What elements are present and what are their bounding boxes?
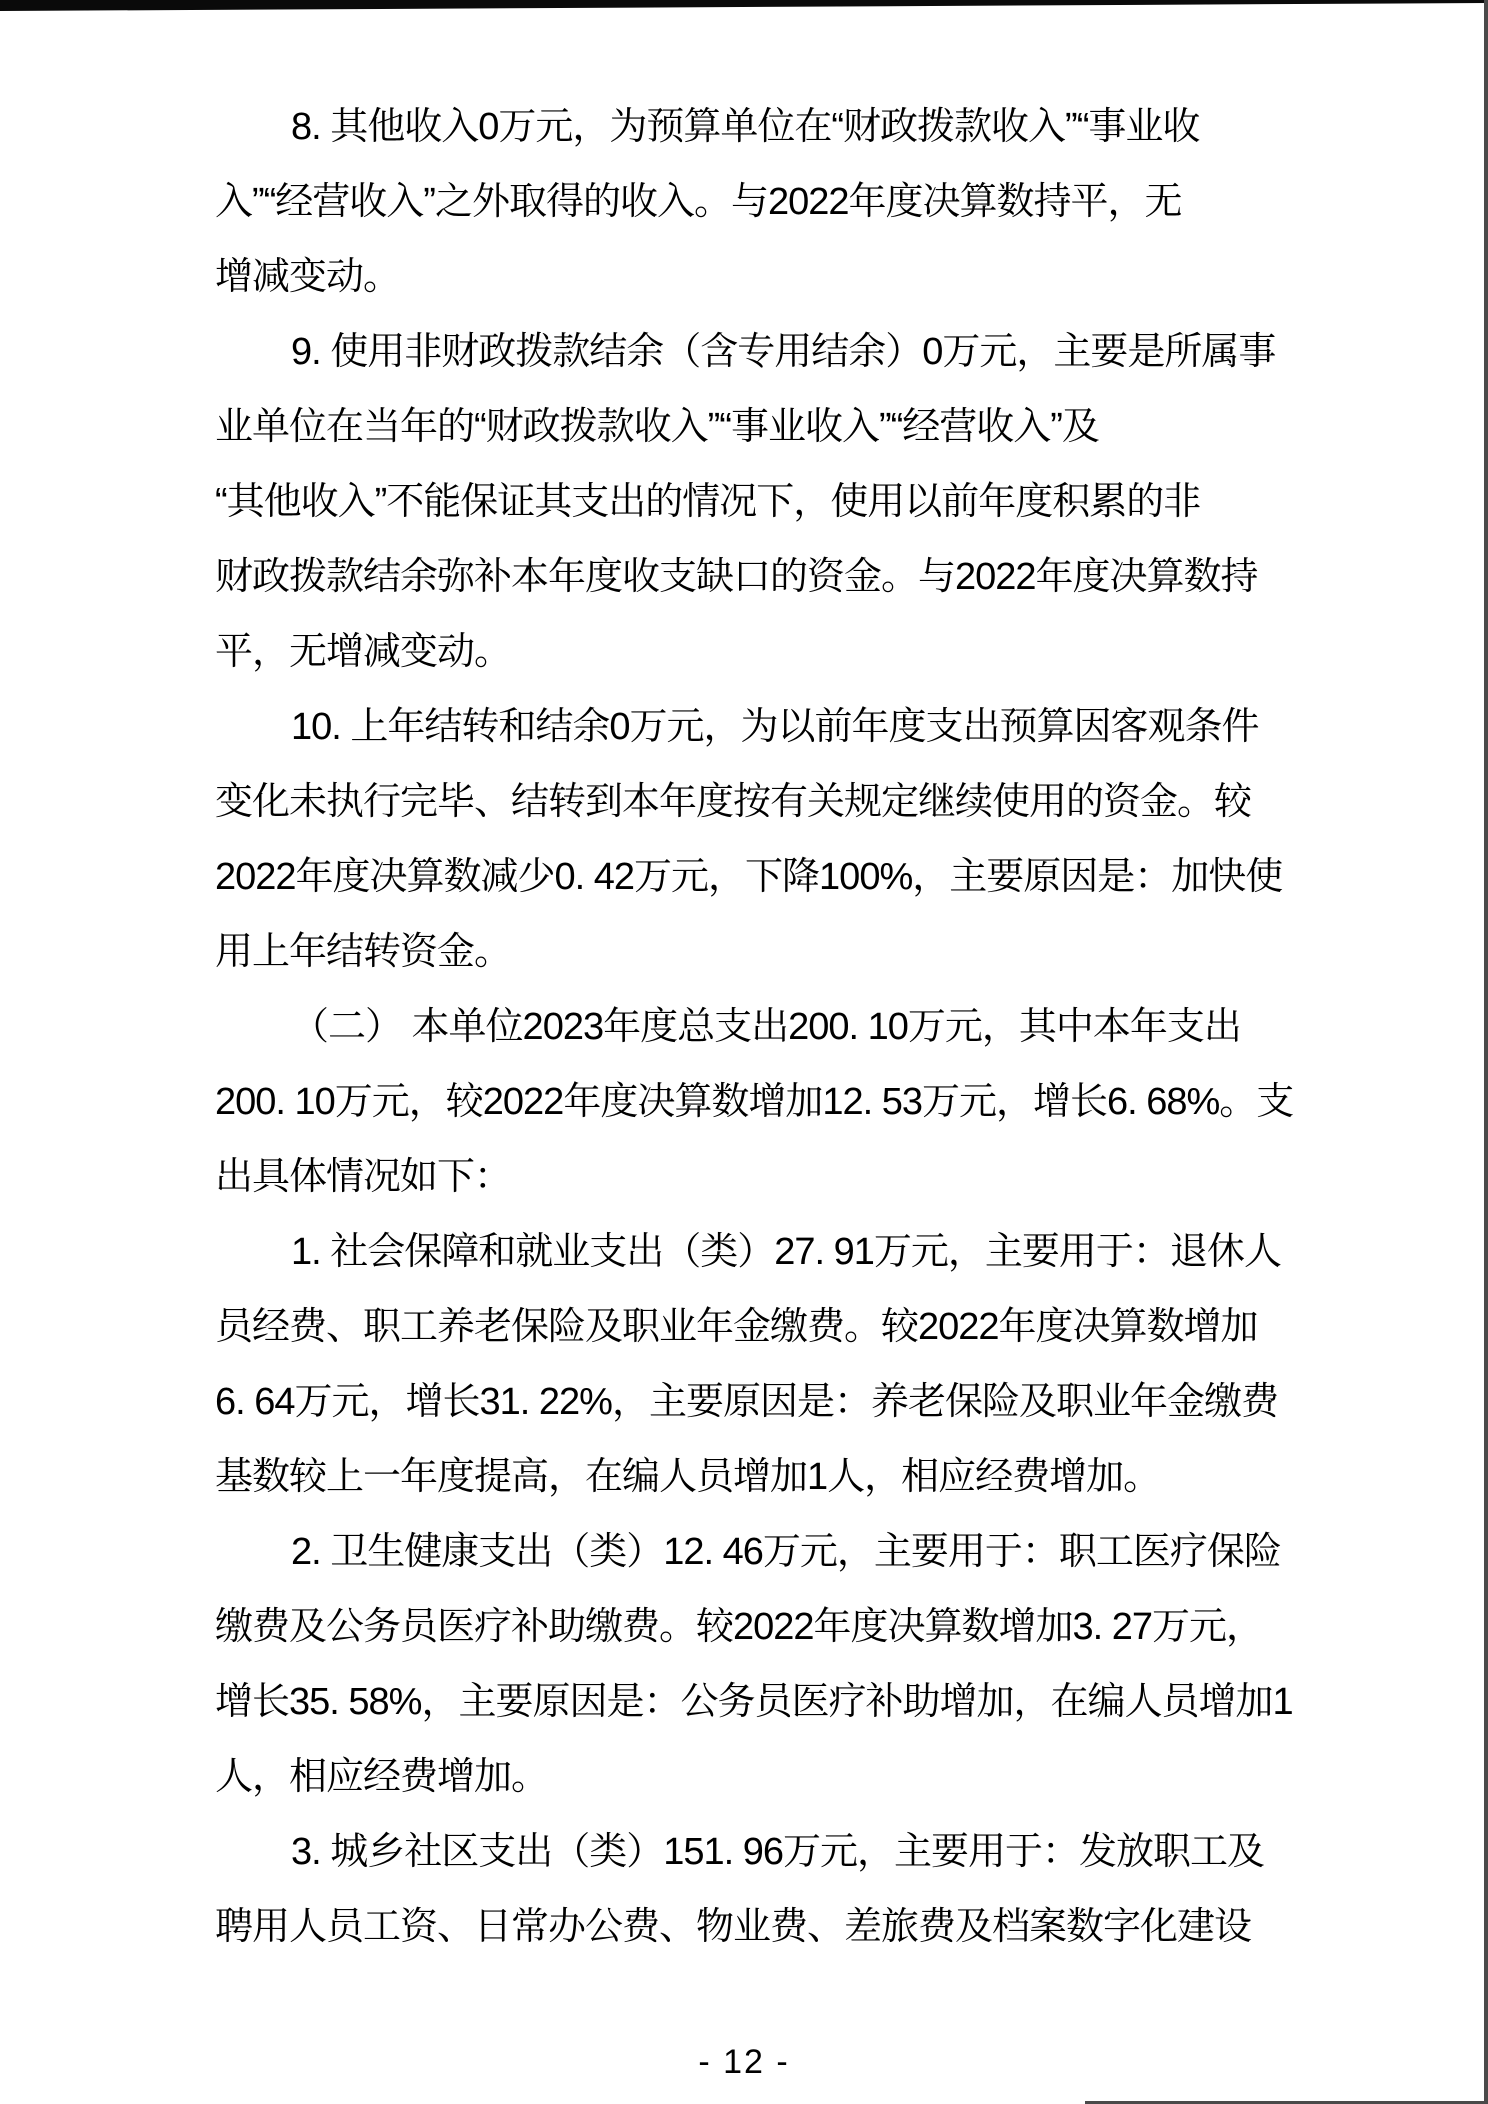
text-line: 1. 社会保障和就业支出（类）27. 91万元，主要用于：退休人 [215,1215,1358,1290]
text-line: 入”“经营收入”之外取得的收入。与2022年度决算数持平，无 [215,165,1358,240]
text-line: 用上年结转资金。 [215,915,1358,990]
text-line: “其他收入”不能保证其支出的情况下，使用以前年度积累的非 [215,465,1358,540]
text-line: 缴费及公务员医疗补助缴费。较2022年度决算数增加3. 27万元， [215,1590,1358,1665]
scan-artifact-right-edge [1484,0,1488,2104]
text-line: 9. 使用非财政拨款结余（含专用结余）0万元，主要是所属事 [215,315,1358,390]
text-line: 平，无增减变动。 [215,615,1358,690]
text-line: 8. 其他收入0万元，为预算单位在“财政拨款收入”“事业收 [215,90,1358,165]
text-line: 200. 10万元，较2022年度决算数增加12. 53万元，增长6. 68%。… [215,1065,1358,1140]
text-line: 基数较上一年度提高，在编人员增加1人，相应经费增加。 [215,1440,1358,1515]
text-line: 6. 64万元，增长31. 22%，主要原因是：养老保险及职业年金缴费 [215,1365,1358,1440]
text-line: 出具体情况如下： [215,1140,1358,1215]
text-line: 2022年度决算数减少0. 42万元，下降100%，主要原因是：加快使 [215,840,1358,915]
text-line: （二） 本单位2023年度总支出200. 10万元，其中本年支出 [215,990,1358,1065]
text-line: 员经费、职工养老保险及职业年金缴费。较2022年度决算数增加 [215,1290,1358,1365]
text-line: 财政拨款结余弥补本年度收支缺口的资金。与2022年度决算数持 [215,540,1358,615]
text-line: 增减变动。 [215,240,1358,315]
scan-artifact-top-edge [0,0,1488,11]
text-line: 聘用人员工资、日常办公费、物业费、差旅费及档案数字化建设 [215,1890,1358,1965]
text-line: 增长35. 58%，主要原因是：公务员医疗补助增加，在编人员增加1 [215,1665,1358,1740]
text-line: 2. 卫生健康支出（类）12. 46万元，主要用于：职工医疗保险 [215,1515,1358,1590]
page-number: - 12 - [0,2036,1488,2088]
document-text-block: 8. 其他收入0万元，为预算单位在“财政拨款收入”“事业收 入”“经营收入”之外… [215,90,1358,1965]
text-line: 业单位在当年的“财政拨款收入”“事业收入”“经营收入”及 [215,390,1358,465]
document-page: 8. 其他收入0万元，为预算单位在“财政拨款收入”“事业收 入”“经营收入”之外… [0,0,1488,2104]
text-line: 10. 上年结转和结余0万元，为以前年度支出预算因客观条件 [215,690,1358,765]
text-line: 人，相应经费增加。 [215,1740,1358,1815]
text-line: 变化未执行完毕、结转到本年度按有关规定继续使用的资金。较 [215,765,1358,840]
text-line: 3. 城乡社区支出（类）151. 96万元，主要用于：发放职工及 [215,1815,1358,1890]
